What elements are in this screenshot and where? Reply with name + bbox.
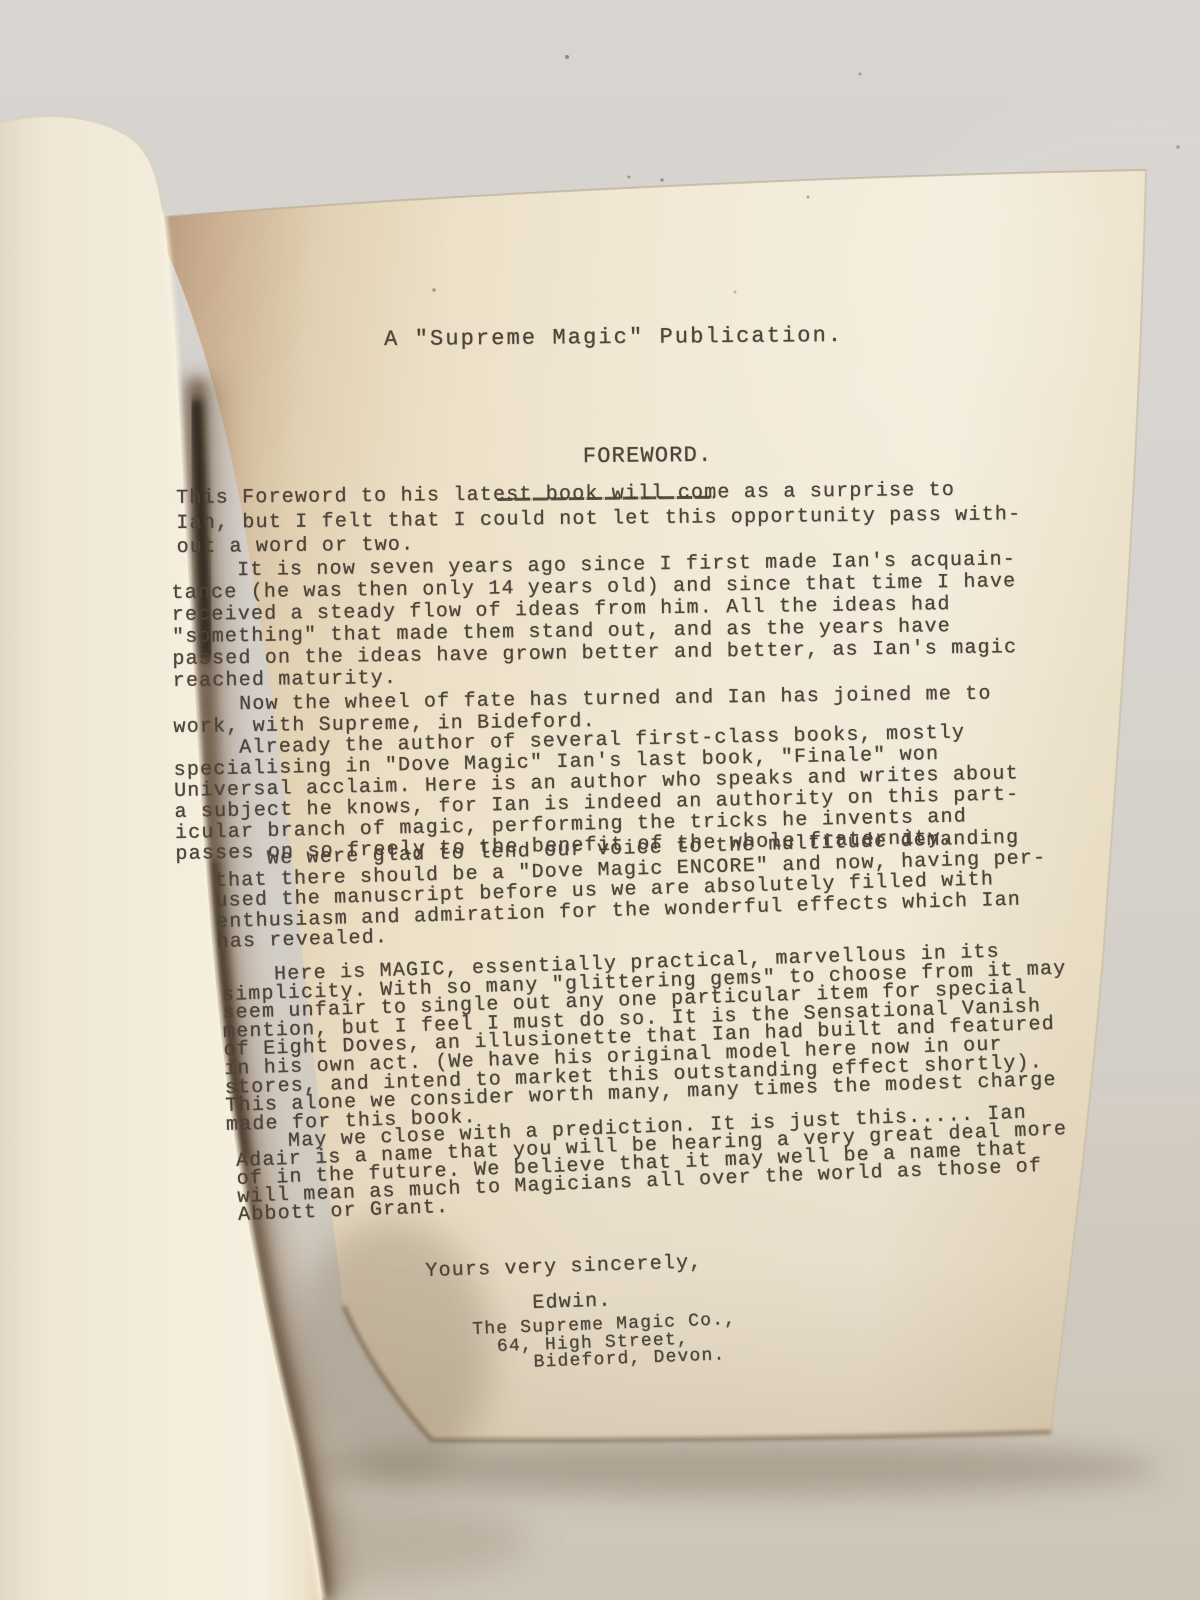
foreword-heading-text: FOREWORD. <box>583 443 713 469</box>
paragraph: This Foreword to his latest book will co… <box>176 478 1022 560</box>
company-address: The Supreme Magic Co., 64, High Street, … <box>472 1312 738 1375</box>
closing-salutation: Yours very sincerely, <box>425 1251 703 1283</box>
typewritten-text: A "Supreme Magic" Publication. FOREWORD.… <box>0 0 1200 1600</box>
paragraph: It is now seven years ago since I first … <box>171 549 1018 693</box>
book-photo: A "Supreme Magic" Publication. FOREWORD.… <box>0 0 1200 1600</box>
paragraph: We were glad to lend our voice to the mu… <box>214 828 1048 954</box>
closing-signature: Edwin. <box>532 1290 612 1315</box>
publication-line: A "Supreme Magic" Publication. <box>384 323 843 352</box>
